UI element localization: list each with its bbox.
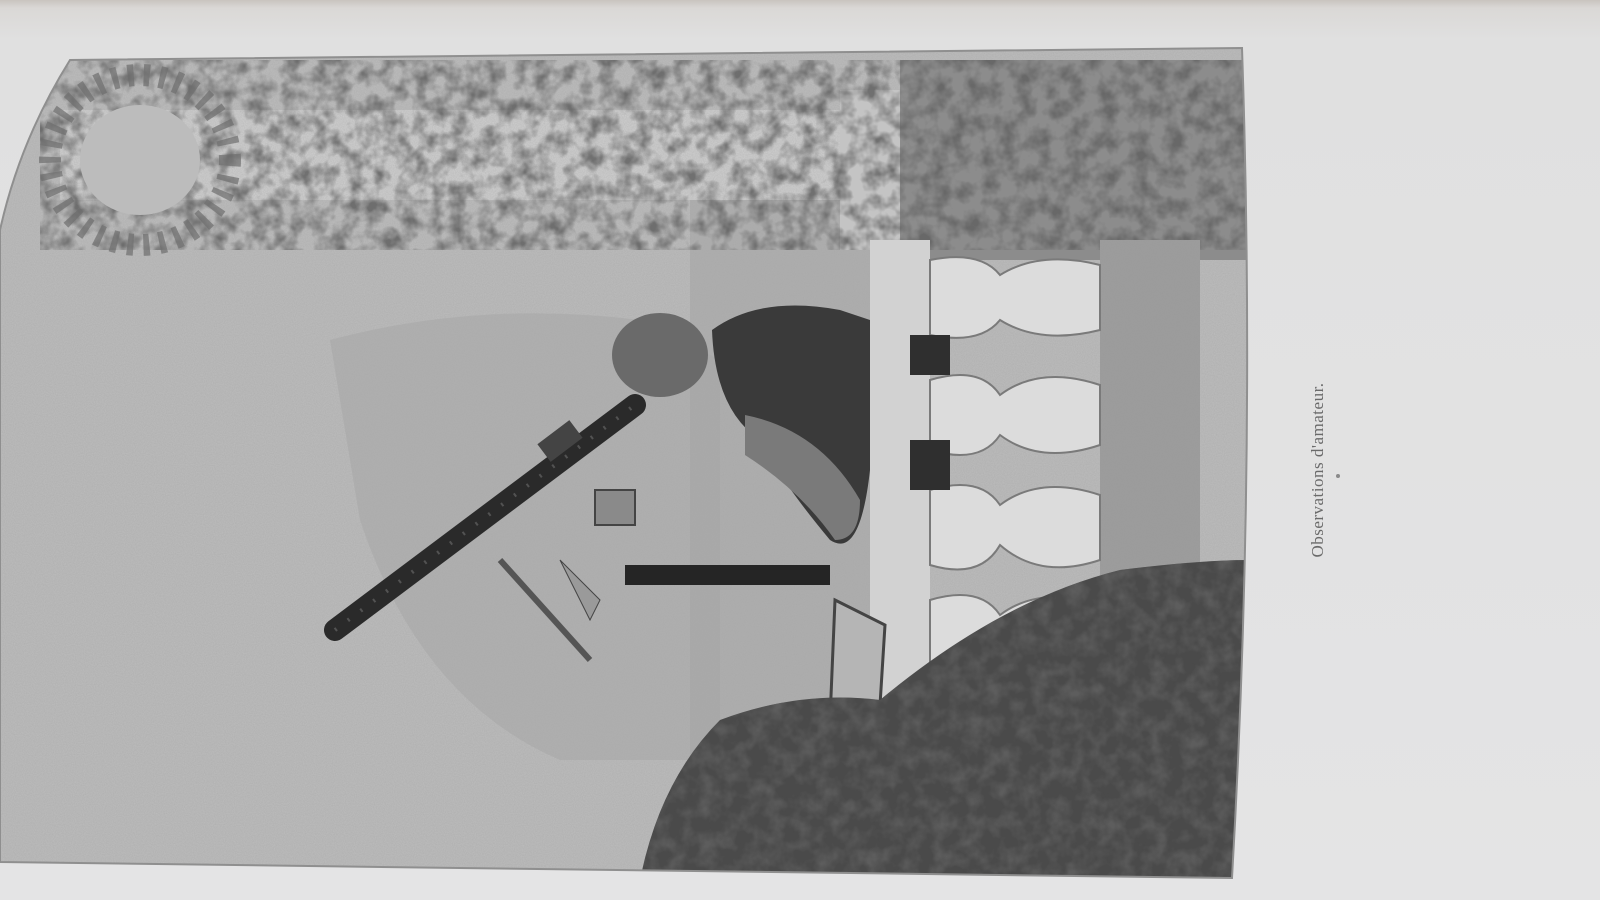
urn <box>80 105 200 215</box>
tripod-rod <box>625 565 830 585</box>
engraving-plate <box>0 0 1600 900</box>
figure-caption: Observations d'amateur. <box>1308 382 1328 557</box>
caption-dot <box>1336 474 1340 478</box>
book-page: Observations d'amateur. <box>0 0 1600 900</box>
